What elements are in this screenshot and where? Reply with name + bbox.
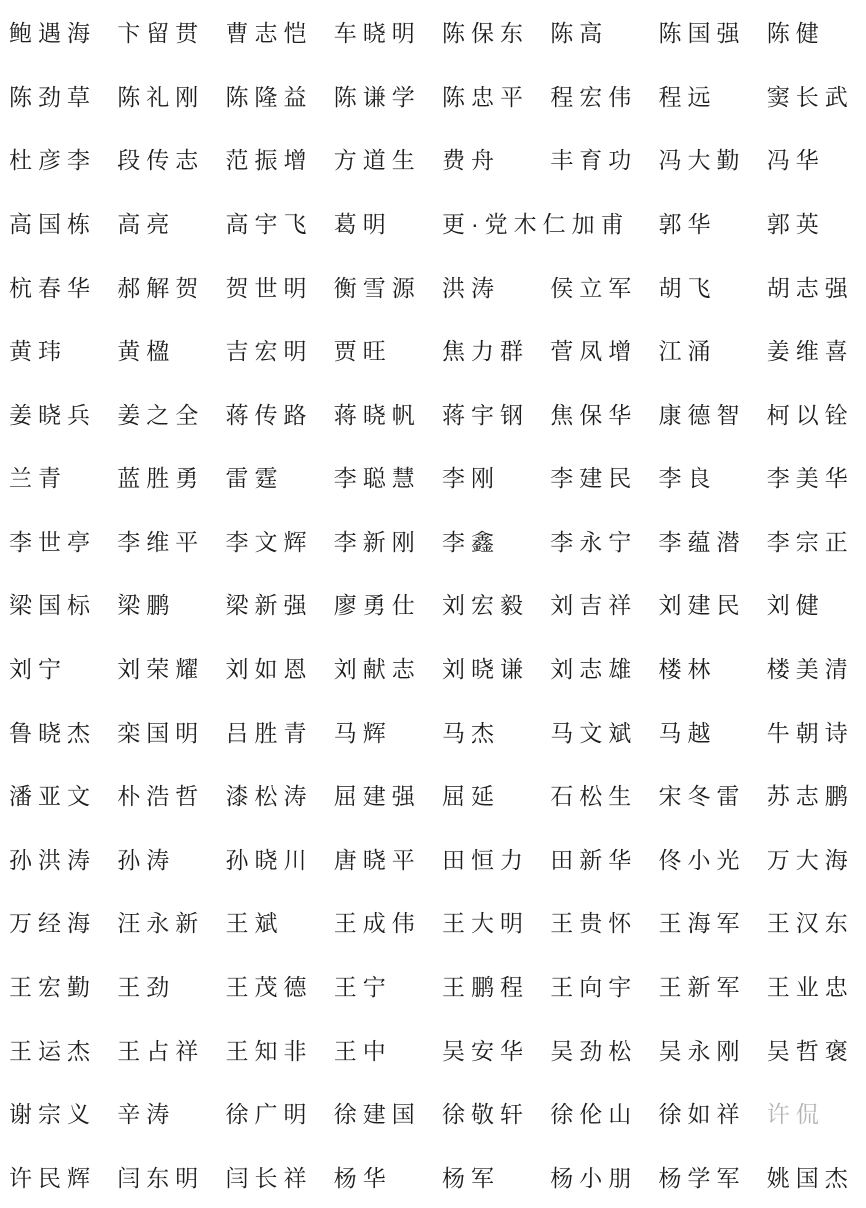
name-cell: 蓝胜勇 [108, 445, 216, 509]
name-cell: 陈劲草 [0, 64, 108, 128]
name-cell: 陈国强 [650, 0, 758, 64]
name-cell: 衡雪源 [325, 254, 433, 318]
name-cell: 刘宁 [0, 636, 108, 700]
name-cell: 王知非 [217, 1017, 325, 1081]
name-cell: 黄楹 [108, 318, 216, 382]
name-cell: 陈忠平 [433, 64, 541, 128]
name-cell: 梁新强 [217, 572, 325, 636]
name-cell: 闫东明 [108, 1144, 216, 1208]
name-cell: 焦力群 [433, 318, 541, 382]
name-cell: 陈健 [758, 0, 866, 64]
name-cell: 孙涛 [108, 827, 216, 891]
name-cell: 楼林 [650, 636, 758, 700]
name-cell: 李文辉 [217, 509, 325, 573]
name-cell: 杨华 [325, 1144, 433, 1208]
name-cell: 李永宁 [541, 509, 649, 573]
name-cell: 吕胜青 [217, 699, 325, 763]
name-cell: 徐如祥 [650, 1081, 758, 1145]
name-cell: 更·党木仁加甫 [433, 191, 650, 255]
name-cell: 许侃 [758, 1081, 866, 1145]
name-cell: 屈建强 [325, 763, 433, 827]
name-cell: 方道生 [325, 127, 433, 191]
name-cell: 柯以铨 [758, 381, 866, 445]
name-cell: 佟小光 [650, 827, 758, 891]
name-cell: 王宁 [325, 954, 433, 1018]
name-cell: 冯华 [758, 127, 866, 191]
name-cell: 胡志强 [758, 254, 866, 318]
name-cell: 姜晓兵 [0, 381, 108, 445]
name-cell: 许民辉 [0, 1144, 108, 1208]
name-cell: 陈保东 [433, 0, 541, 64]
name-cell: 杭春华 [0, 254, 108, 318]
name-cell: 王宏勤 [0, 954, 108, 1018]
name-cell: 石松生 [541, 763, 649, 827]
name-cell: 楼美清 [758, 636, 866, 700]
name-cell: 马辉 [325, 699, 433, 763]
name-cell: 吉宏明 [217, 318, 325, 382]
name-cell: 鲁晓杰 [0, 699, 108, 763]
name-cell: 刘吉祥 [541, 572, 649, 636]
name-cell: 徐敬轩 [433, 1081, 541, 1145]
name-cell: 郭英 [758, 191, 866, 255]
name-cell: 王鹏程 [433, 954, 541, 1018]
name-cell: 李良 [650, 445, 758, 509]
name-cell: 李刚 [433, 445, 541, 509]
name-cell: 李美华 [758, 445, 866, 509]
name-cell: 郭华 [650, 191, 758, 255]
name-cell: 吴永刚 [650, 1017, 758, 1081]
name-cell: 程宏伟 [541, 64, 649, 128]
name-cell: 徐广明 [217, 1081, 325, 1145]
name-cell: 王向宇 [541, 954, 649, 1018]
name-cell: 冯大勤 [650, 127, 758, 191]
name-cell: 宋冬雷 [650, 763, 758, 827]
name-cell: 孙洪涛 [0, 827, 108, 891]
name-cell: 刘荣耀 [108, 636, 216, 700]
name-cell: 李建民 [541, 445, 649, 509]
name-cell: 万大海 [758, 827, 866, 891]
name-cell: 牛朝诗 [758, 699, 866, 763]
name-cell: 徐建国 [325, 1081, 433, 1145]
name-cell: 徐伦山 [541, 1081, 649, 1145]
name-grid: 鲍遇海卞留贯曹志恺车晓明陈保东陈高陈国强陈健陈劲草陈礼刚陈隆益陈谦学陈忠平程宏伟… [0, 0, 866, 1208]
name-cell: 王海军 [650, 890, 758, 954]
name-cell: 贾旺 [325, 318, 433, 382]
name-cell: 田恒力 [433, 827, 541, 891]
name-cell: 王劲 [108, 954, 216, 1018]
name-cell: 蒋传路 [217, 381, 325, 445]
name-cell: 刘晓谦 [433, 636, 541, 700]
name-cell: 廖勇仕 [325, 572, 433, 636]
name-cell: 马文斌 [541, 699, 649, 763]
name-cell: 屈延 [433, 763, 541, 827]
name-cell: 郝解贺 [108, 254, 216, 318]
name-cell: 蒋晓帆 [325, 381, 433, 445]
name-cell: 吴安华 [433, 1017, 541, 1081]
name-cell: 范振增 [217, 127, 325, 191]
name-cell: 朴浩哲 [108, 763, 216, 827]
name-cell: 李维平 [108, 509, 216, 573]
name-cell: 辛涛 [108, 1081, 216, 1145]
name-cell: 卞留贯 [108, 0, 216, 64]
name-cell: 王新军 [650, 954, 758, 1018]
name-cell: 唐晓平 [325, 827, 433, 891]
name-cell: 梁国标 [0, 572, 108, 636]
name-cell: 万经海 [0, 890, 108, 954]
name-cell: 焦保华 [541, 381, 649, 445]
name-cell: 王运杰 [0, 1017, 108, 1081]
name-cell: 马越 [650, 699, 758, 763]
name-cell: 高亮 [108, 191, 216, 255]
name-cell: 马杰 [433, 699, 541, 763]
name-cell: 段传志 [108, 127, 216, 191]
name-cell: 费舟 [433, 127, 541, 191]
name-cell: 车晓明 [325, 0, 433, 64]
name-cell: 杨军 [433, 1144, 541, 1208]
name-cell: 贺世明 [217, 254, 325, 318]
name-cell: 杨小朋 [541, 1144, 649, 1208]
name-cell: 刘建民 [650, 572, 758, 636]
name-cell: 鲍遇海 [0, 0, 108, 64]
name-cell: 刘献志 [325, 636, 433, 700]
name-cell: 孙晓川 [217, 827, 325, 891]
name-cell: 李世亭 [0, 509, 108, 573]
name-cell: 康德智 [650, 381, 758, 445]
name-cell: 高国栋 [0, 191, 108, 255]
name-cell: 兰青 [0, 445, 108, 509]
name-cell: 姚国杰 [758, 1144, 866, 1208]
name-cell: 王茂德 [217, 954, 325, 1018]
name-cell: 吴哲褒 [758, 1017, 866, 1081]
name-cell: 胡飞 [650, 254, 758, 318]
name-cell: 姜之全 [108, 381, 216, 445]
name-cell: 曹志恺 [217, 0, 325, 64]
name-cell: 黄玮 [0, 318, 108, 382]
name-cell: 漆松涛 [217, 763, 325, 827]
name-cell: 王大明 [433, 890, 541, 954]
name-cell: 王贵怀 [541, 890, 649, 954]
name-cell: 王斌 [217, 890, 325, 954]
name-cell: 刘志雄 [541, 636, 649, 700]
name-cell: 苏志鹏 [758, 763, 866, 827]
name-cell: 江涌 [650, 318, 758, 382]
name-cell: 李鑫 [433, 509, 541, 573]
name-cell: 栾国明 [108, 699, 216, 763]
name-cell: 陈高 [541, 0, 649, 64]
name-cell: 菅凤增 [541, 318, 649, 382]
name-cell: 李新刚 [325, 509, 433, 573]
name-cell: 李宗正 [758, 509, 866, 573]
name-cell: 闫长祥 [217, 1144, 325, 1208]
name-cell: 陈谦学 [325, 64, 433, 128]
name-cell: 李蕴潜 [650, 509, 758, 573]
name-cell: 蒋宇钢 [433, 381, 541, 445]
name-cell: 洪涛 [433, 254, 541, 318]
name-cell: 王业忠 [758, 954, 866, 1018]
name-cell: 梁鹏 [108, 572, 216, 636]
name-cell: 杨学军 [650, 1144, 758, 1208]
name-cell: 王汉东 [758, 890, 866, 954]
name-cell: 汪永新 [108, 890, 216, 954]
name-cell: 丰育功 [541, 127, 649, 191]
name-cell: 雷霆 [217, 445, 325, 509]
name-cell: 吴劲松 [541, 1017, 649, 1081]
name-cell: 刘宏毅 [433, 572, 541, 636]
name-cell: 姜维喜 [758, 318, 866, 382]
name-cell: 侯立军 [541, 254, 649, 318]
name-cell: 田新华 [541, 827, 649, 891]
name-cell: 王成伟 [325, 890, 433, 954]
name-cell: 葛明 [325, 191, 433, 255]
name-cell: 陈礼刚 [108, 64, 216, 128]
name-cell: 刘健 [758, 572, 866, 636]
name-cell: 刘如恩 [217, 636, 325, 700]
name-cell: 杜彦李 [0, 127, 108, 191]
name-cell: 王占祥 [108, 1017, 216, 1081]
name-cell: 程远 [650, 64, 758, 128]
name-cell: 王中 [325, 1017, 433, 1081]
name-cell: 潘亚文 [0, 763, 108, 827]
name-cell: 陈隆益 [217, 64, 325, 128]
name-cell: 谢宗义 [0, 1081, 108, 1145]
name-cell: 窦长武 [758, 64, 866, 128]
name-cell: 李聪慧 [325, 445, 433, 509]
name-cell: 高宇飞 [217, 191, 325, 255]
